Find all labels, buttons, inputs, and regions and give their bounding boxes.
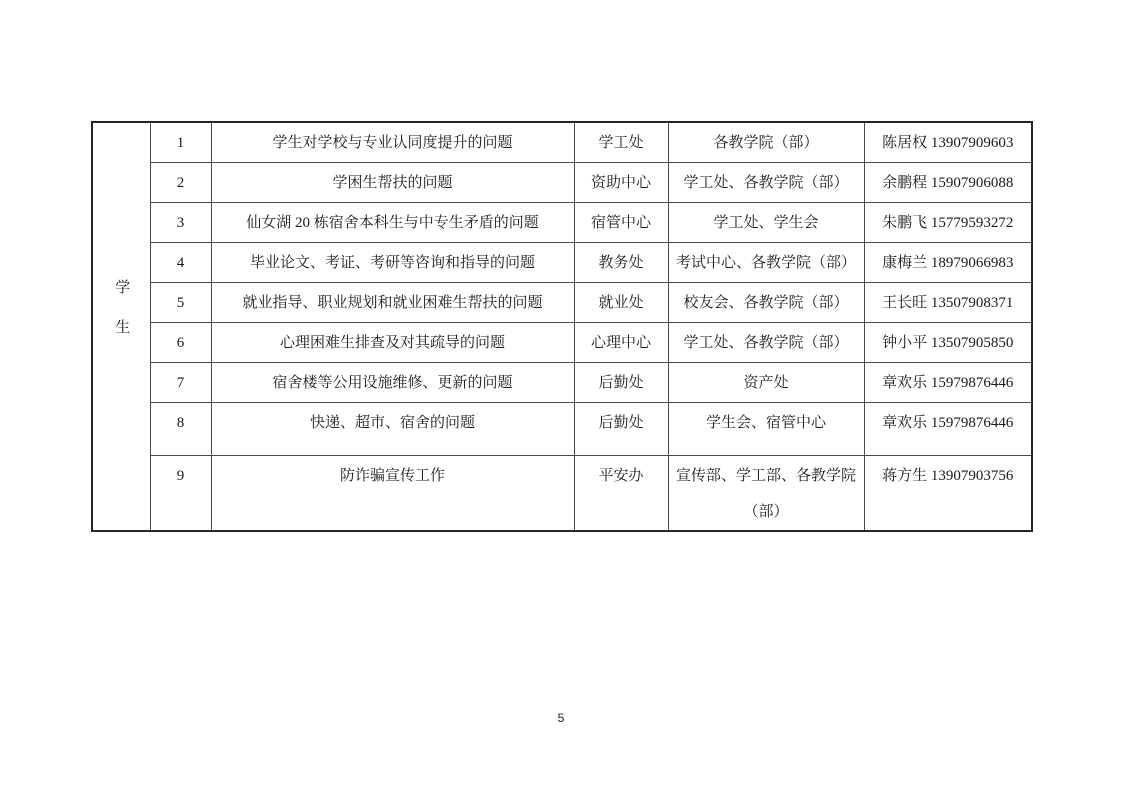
issue-cell: 心理困难生排查及对其疏导的问题 (211, 322, 574, 362)
lead-dept-cell: 就业处 (574, 282, 668, 322)
coop-dept-cell: 宣传部、学工部、各教学院（部） (668, 455, 864, 531)
lead-dept-cell: 教务处 (574, 242, 668, 282)
table-row: 8 快递、超市、宿舍的问题 后勤处 学生会、宿管中心 章欢乐 159798764… (92, 402, 1032, 455)
row-number: 8 (150, 402, 211, 455)
issue-cell: 快递、超市、宿舍的问题 (211, 402, 574, 455)
coop-dept-cell: 学工处、学生会 (668, 202, 864, 242)
row-number: 4 (150, 242, 211, 282)
issue-cell: 就业指导、职业规划和就业困难生帮扶的问题 (211, 282, 574, 322)
coop-dept-cell: 学工处、各教学院（部） (668, 162, 864, 202)
contact-cell: 蒋方生 13907903756 (864, 455, 1032, 531)
row-number: 7 (150, 362, 211, 402)
lead-dept-cell: 后勤处 (574, 402, 668, 455)
table-row: 4 毕业论文、考证、考研等咨询和指导的问题 教务处 考试中心、各教学院（部） 康… (92, 242, 1032, 282)
contact-cell: 陈居权 13907909603 (864, 122, 1032, 162)
issue-cell: 学生对学校与专业认同度提升的问题 (211, 122, 574, 162)
issue-cell: 防诈骗宣传工作 (211, 455, 574, 531)
page-number: 5 (0, 711, 1122, 725)
table-row: 5 就业指导、职业规划和就业困难生帮扶的问题 就业处 校友会、各教学院（部） 王… (92, 282, 1032, 322)
group-label: 学生 (101, 279, 141, 359)
lead-dept-cell: 学工处 (574, 122, 668, 162)
contact-cell: 钟小平 13507905850 (864, 322, 1032, 362)
coop-dept-cell: 资产处 (668, 362, 864, 402)
responsibility-table: 学生 1 学生对学校与专业认同度提升的问题 学工处 各教学院（部） 陈居权 13… (91, 121, 1033, 532)
lead-dept-cell: 资助中心 (574, 162, 668, 202)
contact-cell: 章欢乐 15979876446 (864, 402, 1032, 455)
row-number: 6 (150, 322, 211, 362)
issue-cell: 宿舍楼等公用设施维修、更新的问题 (211, 362, 574, 402)
contact-cell: 余鹏程 15907906088 (864, 162, 1032, 202)
row-number: 1 (150, 122, 211, 162)
issue-cell: 仙女湖 20 栋宿舍本科生与中专生矛盾的问题 (211, 202, 574, 242)
table-row: 7 宿舍楼等公用设施维修、更新的问题 后勤处 资产处 章欢乐 159798764… (92, 362, 1032, 402)
coop-dept-cell: 校友会、各教学院（部） (668, 282, 864, 322)
contact-cell: 康梅兰 18979066983 (864, 242, 1032, 282)
table-row: 6 心理困难生排查及对其疏导的问题 心理中心 学工处、各教学院（部） 钟小平 1… (92, 322, 1032, 362)
issue-cell: 学困生帮扶的问题 (211, 162, 574, 202)
coop-dept-cell: 学工处、各教学院（部） (668, 322, 864, 362)
contact-cell: 朱鹏飞 15779593272 (864, 202, 1032, 242)
row-number: 3 (150, 202, 211, 242)
table-row: 2 学困生帮扶的问题 资助中心 学工处、各教学院（部） 余鹏程 15907906… (92, 162, 1032, 202)
coop-dept-cell: 各教学院（部） (668, 122, 864, 162)
lead-dept-cell: 后勤处 (574, 362, 668, 402)
contact-cell: 章欢乐 15979876446 (864, 362, 1032, 402)
lead-dept-cell: 平安办 (574, 455, 668, 531)
table-row: 9 防诈骗宣传工作 平安办 宣传部、学工部、各教学院（部） 蒋方生 139079… (92, 455, 1032, 531)
table-row: 学生 1 学生对学校与专业认同度提升的问题 学工处 各教学院（部） 陈居权 13… (92, 122, 1032, 162)
group-label-cell: 学生 (92, 122, 150, 531)
row-number: 2 (150, 162, 211, 202)
table-row: 3 仙女湖 20 栋宿舍本科生与中专生矛盾的问题 宿管中心 学工处、学生会 朱鹏… (92, 202, 1032, 242)
coop-dept-cell: 考试中心、各教学院（部） (668, 242, 864, 282)
lead-dept-cell: 宿管中心 (574, 202, 668, 242)
lead-dept-cell: 心理中心 (574, 322, 668, 362)
contact-cell: 王长旺 13507908371 (864, 282, 1032, 322)
coop-dept-cell: 学生会、宿管中心 (668, 402, 864, 455)
row-number: 5 (150, 282, 211, 322)
row-number: 9 (150, 455, 211, 531)
issue-cell: 毕业论文、考证、考研等咨询和指导的问题 (211, 242, 574, 282)
